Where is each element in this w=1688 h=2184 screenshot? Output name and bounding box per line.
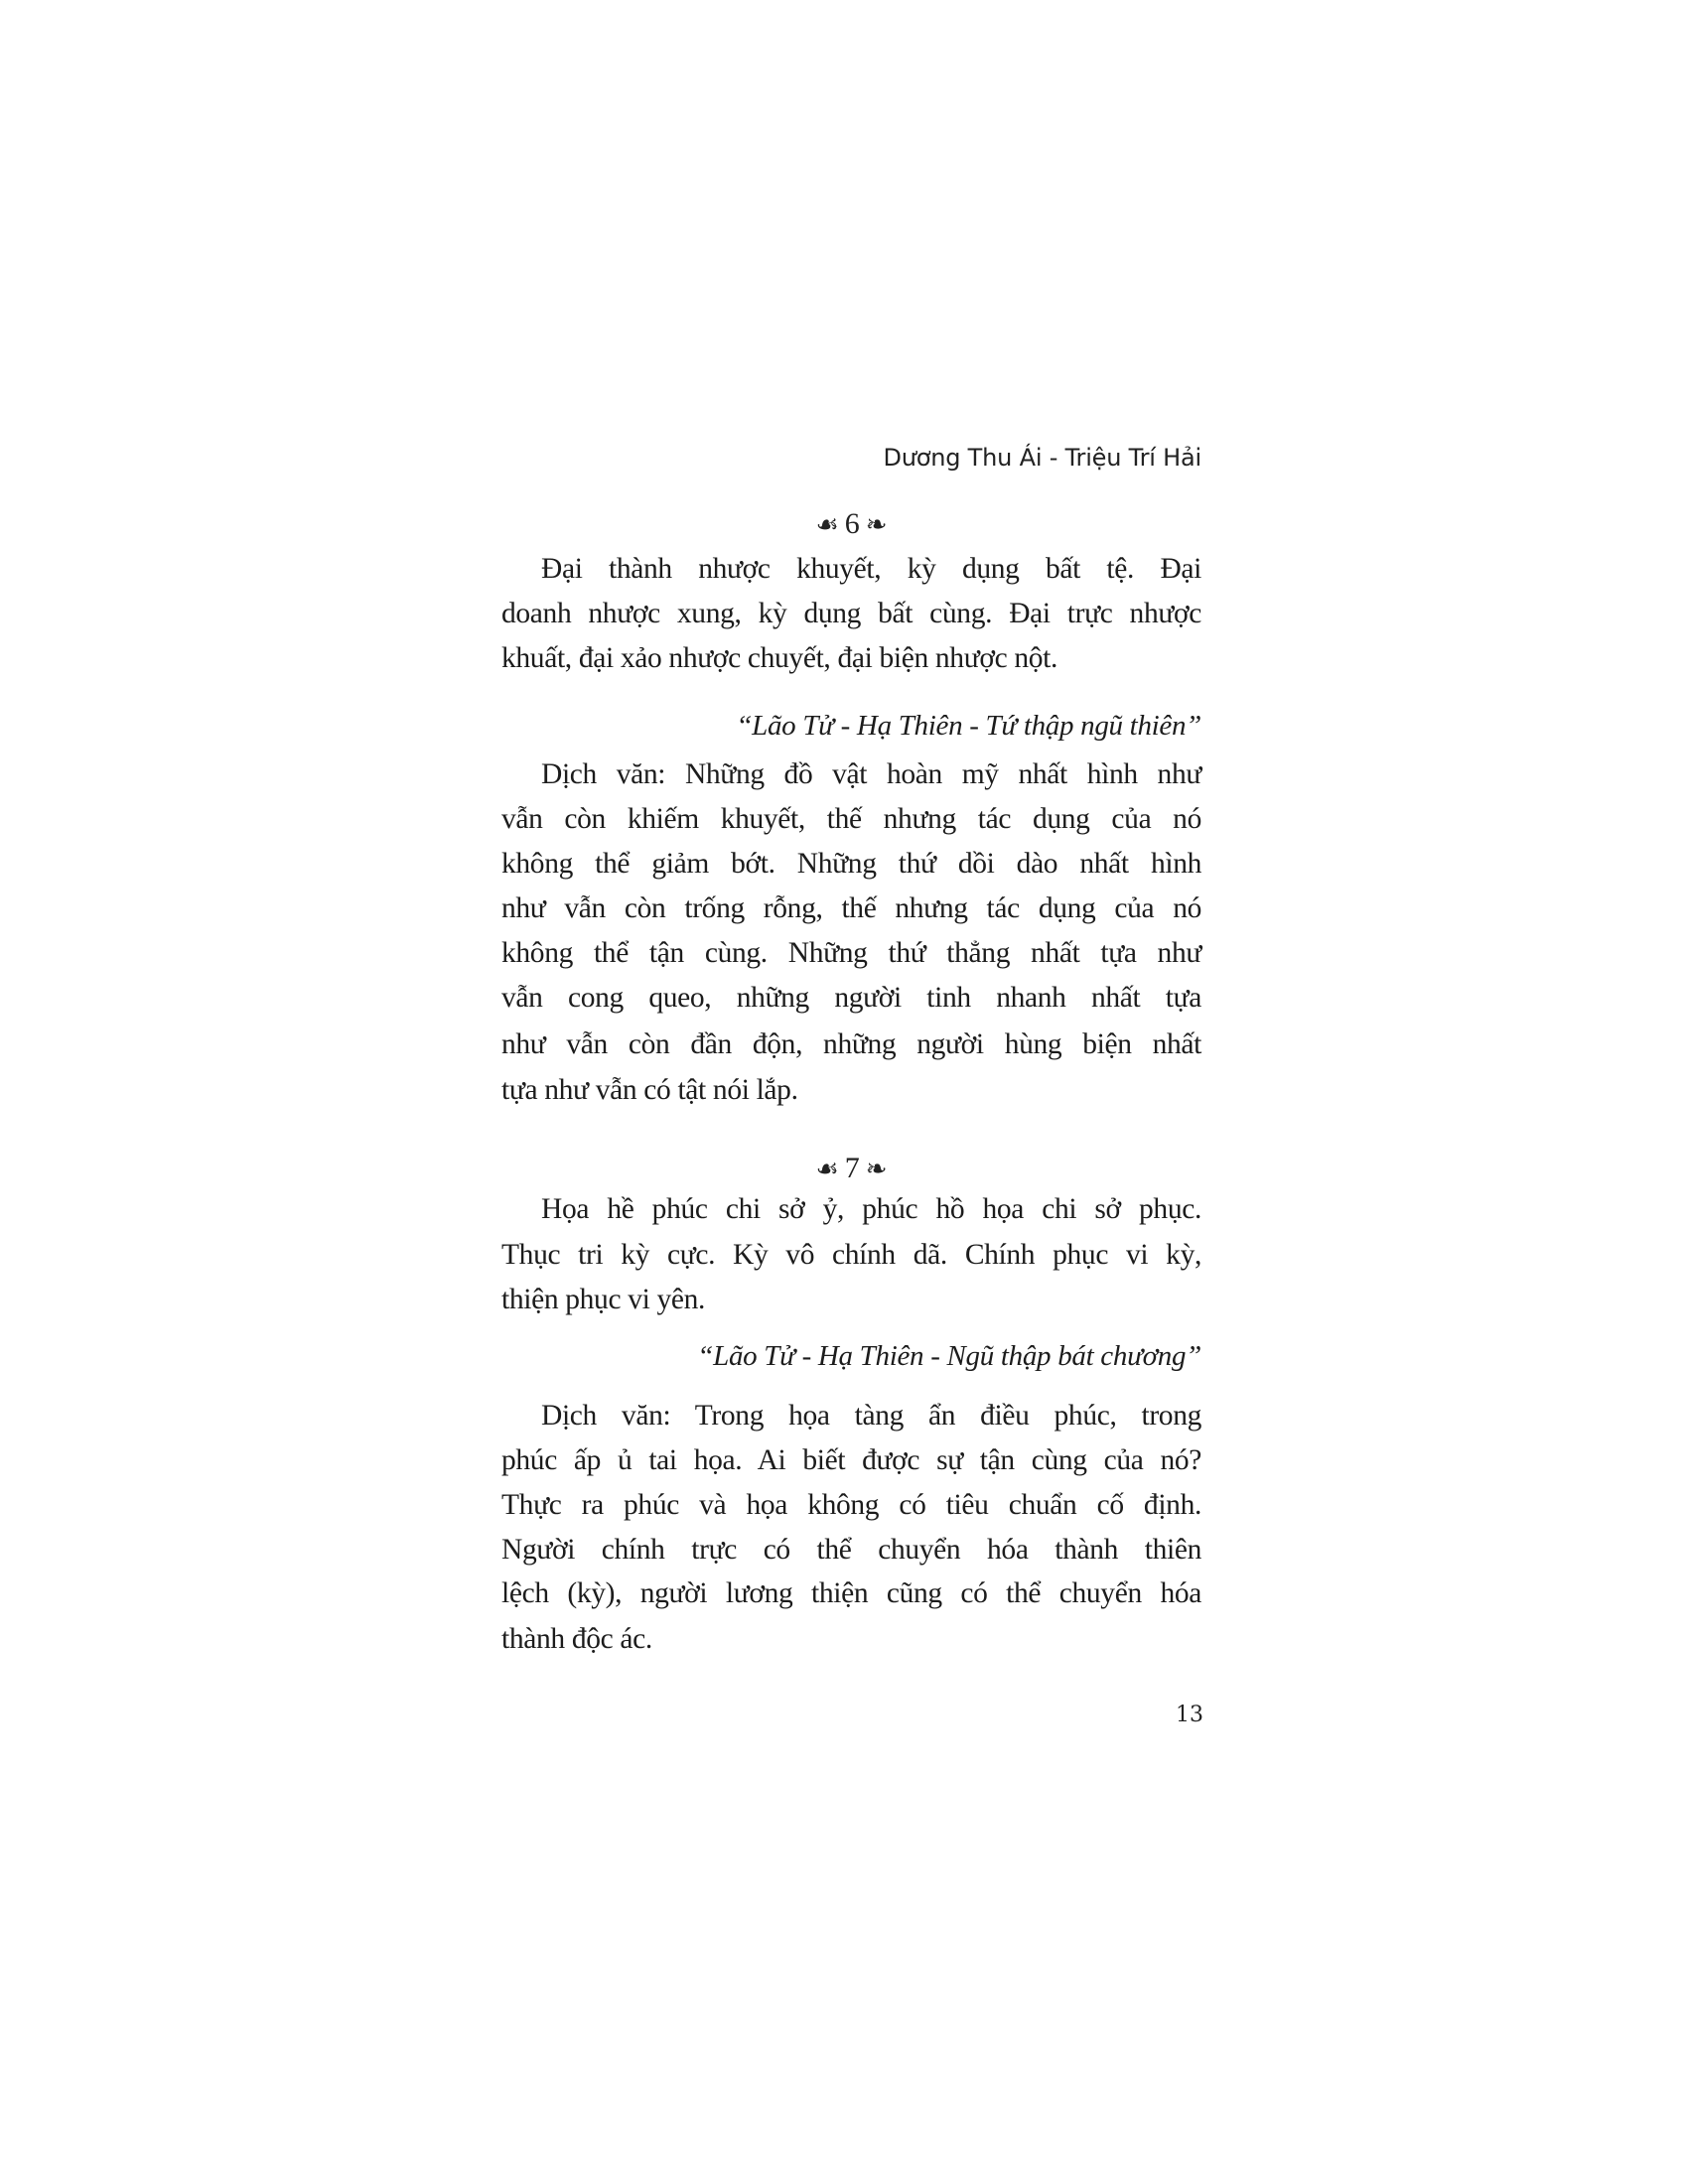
section-marker-6: ☙6❧: [501, 501, 1201, 546]
fleuron-right-icon: ❧: [866, 502, 888, 547]
paragraph-translation-line: lệch (kỳ), người lương thiện cũng có thể…: [501, 1571, 1201, 1616]
paragraph-translation-line: vẫn còn khiếm khuyết, thế nhưng tác dụng…: [501, 797, 1201, 842]
section-number: 7: [845, 1152, 860, 1184]
citation: “Lão Tử - Hạ Thiên - Ngũ thập bát chương…: [501, 1334, 1201, 1379]
fleuron-right-icon: ❧: [866, 1147, 888, 1191]
section-marker-7: ☙7❧: [501, 1146, 1201, 1190]
paragraph-translation-line: như vẫn còn đần độn, những người hùng bi…: [501, 1023, 1201, 1067]
paragraph-original-line: Họa hề phúc chi sở ỷ, phúc hồ họa chi sở…: [541, 1187, 1201, 1232]
paragraph-original-line: Thục tri kỳ cực. Kỳ vô chính dã. Chính p…: [501, 1233, 1201, 1278]
paragraph-original-line: khuất, đại xảo nhược chuyết, đại biện nh…: [501, 636, 1201, 681]
fleuron-left-icon: ☙: [815, 1147, 838, 1191]
fleuron-left-icon: ☙: [815, 502, 838, 547]
citation: “Lão Tử - Hạ Thiên - Tứ thập ngũ thiên”: [501, 704, 1201, 749]
paragraph-translation-line: Người chính trực có thể chuyển hóa thành…: [501, 1528, 1201, 1572]
paragraph-original-line: doanh nhược xung, kỳ dụng bất cùng. Đại …: [501, 592, 1201, 636]
paragraph-translation-line: vẫn cong queo, những người tinh nhanh nh…: [501, 976, 1201, 1021]
paragraph-translation-line: không thể tận cùng. Những thứ thẳng nhất…: [501, 931, 1201, 976]
paragraph-translation-line: phúc ấp ủ tai họa. Ai biết được sự tận c…: [501, 1438, 1201, 1483]
paragraph-translation-line: thành độc ác.: [501, 1617, 1201, 1662]
page-number: 13: [1142, 1700, 1203, 1731]
paragraph-translation-line: Dịch văn: Những đồ vật hoàn mỹ nhất hình…: [541, 752, 1201, 797]
paragraph-original-line: Đại thành nhược khuyết, kỳ dụng bất tệ. …: [541, 547, 1201, 592]
paragraph-original-line: thiện phục vi yên.: [501, 1278, 1201, 1322]
paragraph-translation-line: như vẫn còn trống rỗng, thế nhưng tác dụ…: [501, 887, 1201, 931]
paragraph-translation-line: Dịch văn: Trong họa tàng ẩn điều phúc, t…: [541, 1394, 1201, 1438]
paragraph-translation-line: Thực ra phúc và họa không có tiêu chuẩn …: [501, 1483, 1201, 1528]
paragraph-translation-line: tựa như vẫn có tật nói lắp.: [501, 1068, 1201, 1113]
paragraph-translation-line: không thể giảm bớt. Những thứ dồi dào nh…: [501, 842, 1201, 887]
section-number: 6: [845, 507, 860, 540]
book-page: Dương Thu Ái - Triệu Trí Hải ☙6❧ Đại thà…: [0, 0, 1688, 2184]
running-header: Dương Thu Ái - Triệu Trí Hải: [501, 438, 1201, 478]
